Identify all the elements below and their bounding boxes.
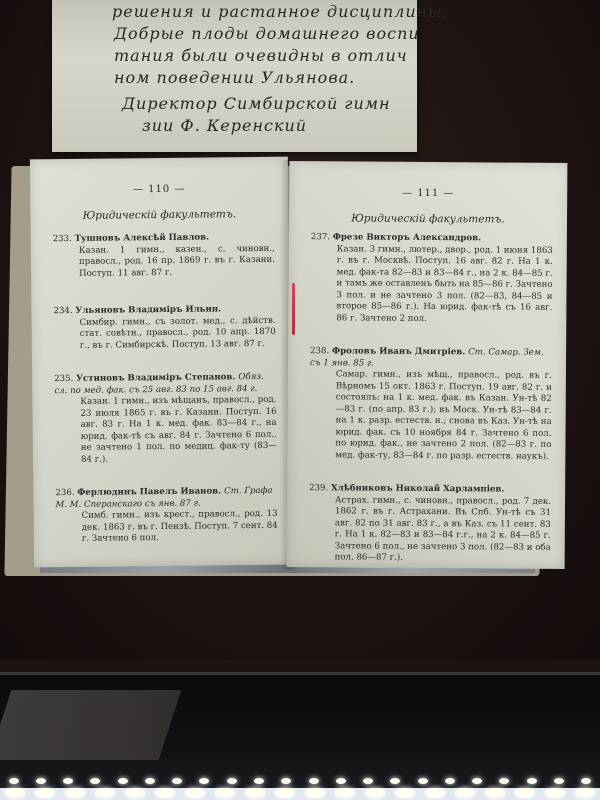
entry-number: 238. (310, 346, 332, 356)
entry-number: 234. (53, 306, 75, 316)
page-number: — 110 — (30, 183, 288, 197)
led-bulb (335, 788, 355, 798)
letter-line: Добрые плоды домашнего воспи (114, 24, 420, 43)
entry-heading: 237. Фрезе Викторъ Александров. (311, 232, 553, 245)
faculty-heading: Юридическій факультетъ. (289, 212, 567, 226)
entry-heading: 238. Фроловъ Иванъ Дмитріев. Ст. Самар. … (310, 346, 552, 371)
register-entry: 239. Хлѣбниковъ Николай Харлампіев. Астр… (309, 483, 552, 565)
register-entry: 235. Устиновъ Владиміръ Степанов. Обяз. … (54, 372, 277, 466)
led-bulb (390, 778, 400, 784)
led-bulb (35, 788, 55, 798)
led-bulb (425, 788, 445, 798)
led-bulb (275, 788, 295, 798)
led-bulb (499, 778, 509, 784)
student-name: Тушновъ Алексѣй Павлов. (75, 232, 210, 243)
entry-number: 236. (55, 488, 77, 498)
page-number: — 111 — (289, 187, 567, 200)
led-bulb (305, 788, 325, 798)
led-bulb (363, 778, 373, 784)
glass-reflection (0, 690, 181, 760)
led-bulb (145, 778, 155, 784)
entry-number: 237. (311, 232, 333, 242)
entry-details: Самар. гимн., изъ мѣщ., правосл., род. в… (309, 369, 552, 463)
led-bulb (309, 778, 319, 784)
led-bulb (90, 778, 100, 784)
led-bulb (172, 778, 182, 784)
entry-details: Казан. 3 гимн., лютер., двор., род. 1 ию… (310, 244, 553, 326)
entry-heading: 239. Хлѣбниковъ Николай Харлампіев. (309, 483, 551, 496)
led-bulb (545, 788, 565, 798)
led-bulb (95, 788, 115, 798)
led-bulb (281, 778, 291, 784)
letter-line: решения и растанное дисциплины. (112, 2, 448, 21)
led-bulb (63, 778, 73, 784)
entry-heading: 235. Устиновъ Владиміръ Степанов. Обяз. … (54, 372, 276, 397)
led-bulb (365, 788, 385, 798)
student-name: Ульяновъ Владиміръ Ильин. (75, 304, 221, 316)
led-light-strip (0, 778, 600, 784)
entry-details: Астрах. гимн., с. чиновн., правосл., род… (309, 495, 551, 566)
register-entry: 233. Тушновъ Алексѣй Павлов. Казан. 1 ги… (53, 232, 275, 280)
led-bulb (9, 778, 19, 784)
register-entry: 236. Ферлюдинъ Павелъ Иванов. Ст. Графа … (55, 486, 278, 546)
entry-details: Симбир. гимн., съ золот. мед., с. дѣйств… (54, 315, 276, 352)
entry-number: 233. (53, 234, 75, 244)
led-bulb (199, 778, 209, 784)
register-entry: 237. Фрезе Викторъ Александров. Казан. 3… (310, 232, 553, 326)
binding-thread (292, 283, 295, 335)
led-bulb (472, 778, 482, 784)
register-entry: 234. Ульяновъ Владиміръ Ильин. Симбир. г… (53, 304, 275, 352)
register-entry: 238. Фроловъ Иванъ Дмитріев. Ст. Самар. … (309, 346, 552, 463)
led-bulb (36, 778, 46, 784)
student-name: Фрезе Викторъ Александров. (333, 232, 481, 243)
led-bulb (395, 788, 415, 798)
led-bulb (515, 788, 535, 798)
student-name: Устиновъ Владиміръ Степанов. (76, 372, 238, 384)
led-bulb (254, 778, 264, 784)
led-bulb (125, 788, 145, 798)
led-bulb (118, 778, 128, 784)
book-page-right: — 111 — Юридическій факультетъ. 237. Фре… (287, 161, 568, 569)
student-name: Хлѣбниковъ Николай Харлампіев. (331, 483, 504, 494)
handwritten-letter: решения и растанное дисциплины. Добрые п… (52, 0, 417, 152)
led-bulb (245, 788, 265, 798)
led-bulb (65, 788, 85, 798)
led-bulb (455, 788, 475, 798)
led-bulb (336, 778, 346, 784)
led-bulb (445, 778, 455, 784)
led-bulb (581, 778, 591, 784)
led-bulb (215, 788, 235, 798)
student-name: Фроловъ Иванъ Дмитріев. (332, 346, 468, 357)
entry-heading: 236. Ферлюдинъ Павелъ Иванов. Ст. Графа … (55, 486, 277, 511)
led-bulb (575, 788, 595, 798)
led-bulb (5, 788, 25, 798)
entry-number: 239. (309, 483, 331, 493)
faculty-heading: Юридическій факультетъ. (30, 208, 288, 223)
led-light-strip (0, 788, 600, 800)
letter-line: тания были очевидны в отлич (114, 46, 408, 65)
led-bulb (185, 788, 205, 798)
led-bulb (527, 778, 537, 784)
student-name: Ферлюдинъ Павелъ Иванов. (77, 486, 224, 498)
led-bulb (554, 778, 564, 784)
led-bulb (227, 778, 237, 784)
book-page-left: — 110 — Юридическій факультетъ. 233. Туш… (30, 157, 292, 568)
letter-signature: зии Ф. Керенский (142, 116, 307, 135)
entry-number: 235. (54, 374, 76, 384)
entry-details: Казан. 1 гимн., изъ мѣщанъ, правосл., ро… (54, 395, 277, 466)
led-bulb (155, 788, 175, 798)
entry-details: Симб. гимн., изъ крест., правосл., род. … (56, 509, 278, 546)
entry-details: Казан. 1 гимн., казен., с. чиновн., прав… (53, 243, 275, 280)
letter-line: ном поведении Ульянова. (114, 68, 355, 87)
led-bulb (485, 788, 505, 798)
led-bulb (418, 778, 428, 784)
letter-signature-line: Директор Симбирской гимн (122, 94, 391, 113)
